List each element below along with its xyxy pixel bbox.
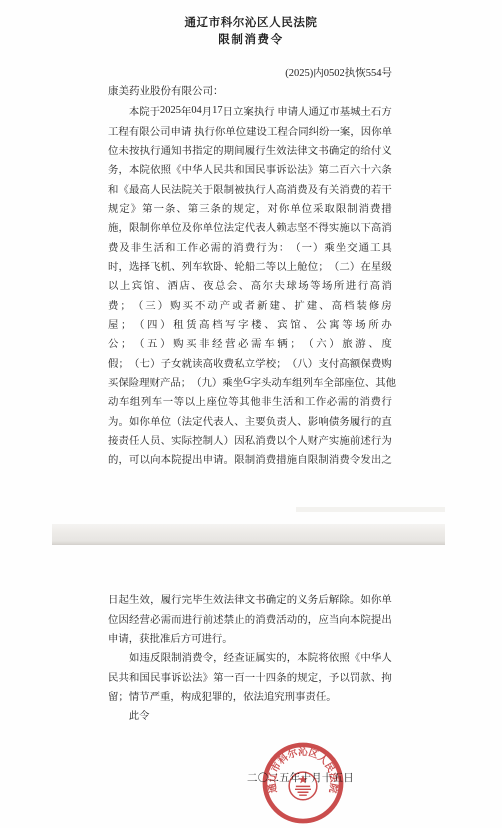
page-separator (52, 524, 445, 545)
body-line: 假；（七）子女就读高收费私立学校；（八）支付高额保费购 (108, 352, 392, 371)
court-name: 通辽市科尔沁区人民法院 (0, 14, 502, 30)
order-body-page1: 本院于2025年04月17日立案执行 申请人通辽市基城土石方工程有限公司申请 执… (108, 101, 392, 469)
national-emblem-icon (289, 772, 317, 800)
addressee: 康美药业股份有限公司： (108, 83, 224, 98)
body-line: 时，选择飞机、列车软卧、轮船二等以上舱位；（二）在星级 (108, 256, 392, 275)
body-line: 本院于2025年04月17日立案执行 申请人通辽市基城土石方 (108, 101, 392, 120)
body-line: 申请，获批准后方可进行。 (108, 628, 392, 647)
body-line: 费；（三）购买不动产或者新建、扩建、高档装修房 (108, 294, 392, 313)
body-line: 位因经营必需而进行前述禁止的消费活动的，应当向本院提出 (108, 608, 392, 627)
body-line: 留；情节严重，构成犯罪的，依法追究刑事责任。 (108, 686, 392, 705)
body-line: 和《最高人民法院关于限制被执行人高消费及有关消费的若干 (108, 178, 392, 197)
body-line: 如违反限制消费令，经查证属实的，本院将依照《中华人 (108, 647, 392, 666)
case-number: (2025)内0502执恢554号 (108, 65, 392, 80)
body-line: 公；（五）购买非经营必需车辆；（六）旅游、度 (108, 333, 392, 352)
body-line: 日起生效，履行完毕生效法律文书确定的义务后解除。如你单 (108, 589, 392, 608)
body-line: 费及非生活和工作必需的消费行为：（一）乘坐交通工具 (108, 236, 392, 255)
body-line: 为。如你单位（法定代表人、主要负责人、影响债务履行的直 (108, 411, 392, 430)
body-line: 民共和国民事诉讼法》第一百一十四条的规定，予以罚款、拘 (108, 666, 392, 685)
body-line: 屋；（四）租赁高档写字楼、宾馆、公寓等场所办 (108, 314, 392, 333)
body-line: 动车组列车一等以上座位等其他非生活和工作必需的消费行 (108, 391, 392, 410)
body-line: 务，本院依照《中华人民共和国民事诉讼法》第二百六十六条 (108, 159, 392, 178)
order-title: 限制消费令 (0, 31, 502, 47)
body-line: 施，限制你单位及你单位法定代表人赖志坚不得实施以下高消 (108, 217, 392, 236)
court-seal: 通辽市科尔沁区人民法院 (261, 741, 345, 825)
body-line: 以上宾馆、酒店、夜总会、高尔夫球场等场所进行高消 (108, 275, 392, 294)
page-edge-shadow (296, 507, 445, 512)
order-body-page2: 日起生效，履行完毕生效法律文书确定的义务后解除。如你单位因经营必需而进行前述禁止… (108, 589, 392, 724)
body-line: 此令 (108, 705, 392, 724)
body-line: 规定》第一条、第三条的规定，对你单位采取限制消费措 (108, 198, 392, 217)
document-page: 通辽市科尔沁区人民法院 限制消费令 (2025)内0502执恢554号 康美药业… (0, 0, 502, 828)
body-line: 位未按执行通知书指定的期间履行生效法律文书确定的给付义 (108, 140, 392, 159)
body-line: 买保险理财产品；（九）乘坐G字头动车组列车全部座位、其他 (108, 372, 392, 391)
body-line: 接责任人员、实际控制人）因私消费以个人财产实施前述行为 (108, 430, 392, 449)
body-line: 工程有限公司申请 执行你单位建设工程合同纠纷一案，因你单 (108, 120, 392, 139)
body-line: 的，可以向本院提出申请。限制消费措施自限制消费令发出之 (108, 449, 392, 468)
